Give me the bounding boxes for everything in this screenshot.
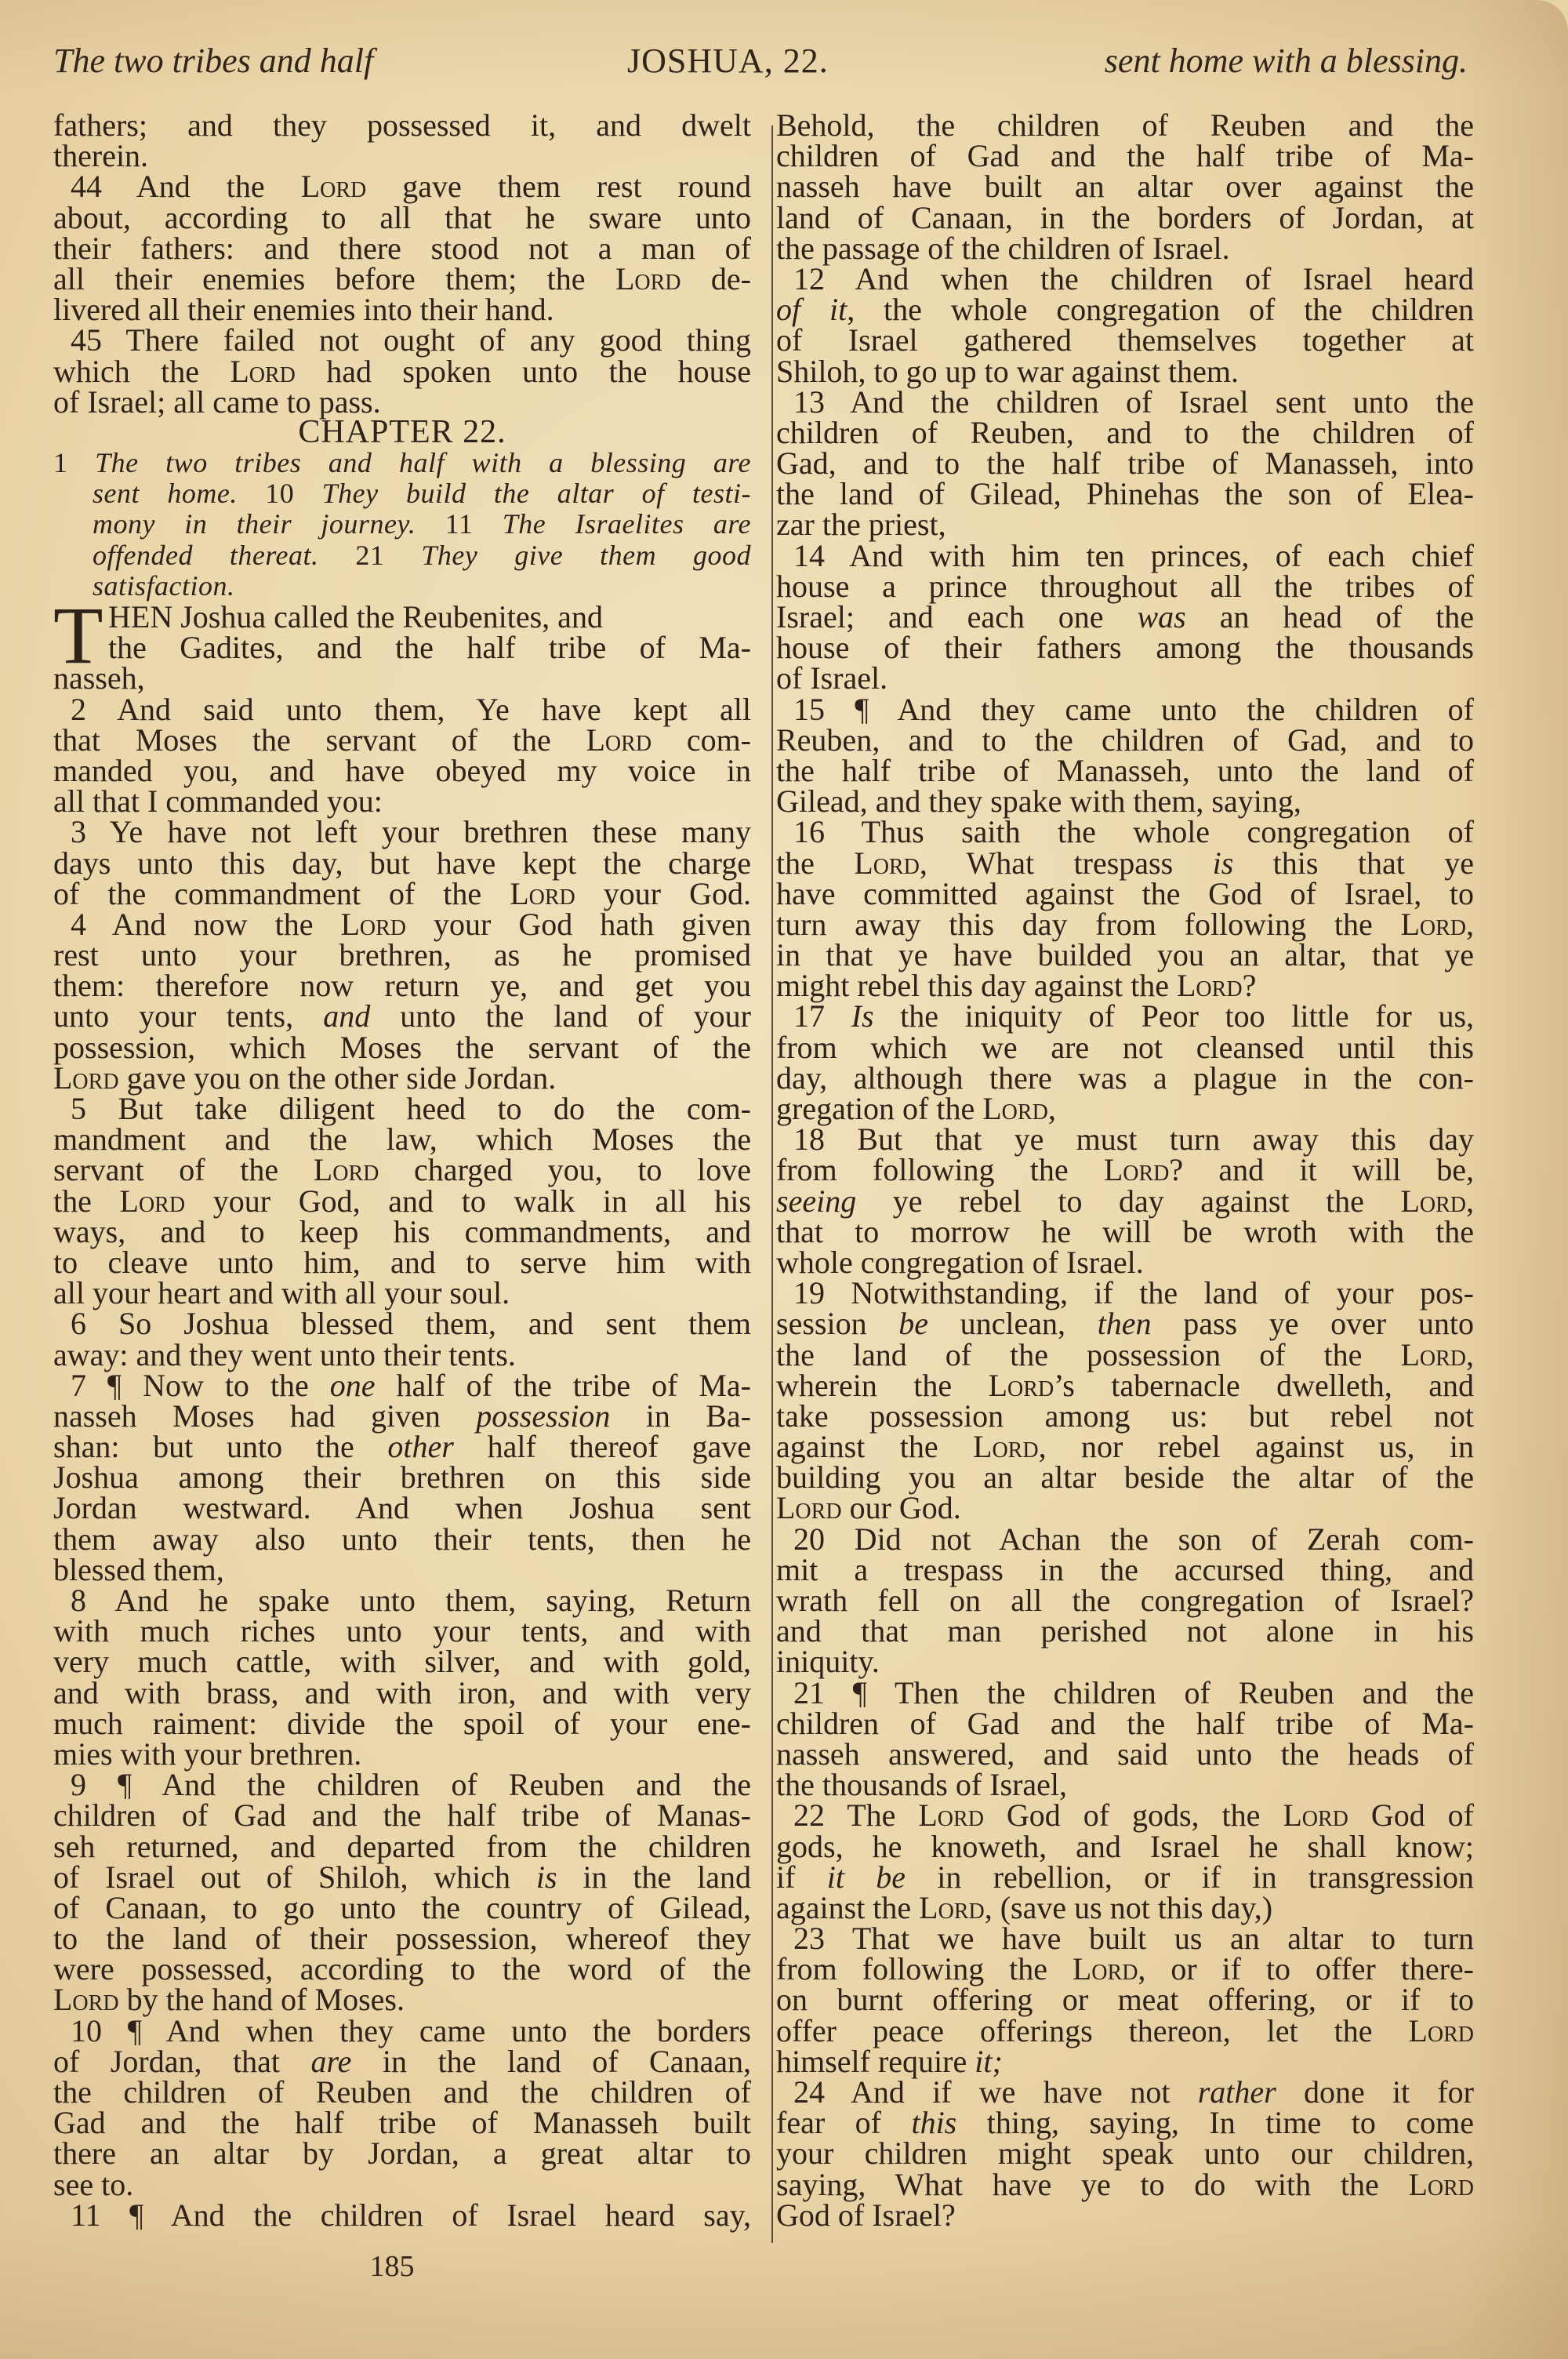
verse-line: seh returned, and departed from the chil… — [53, 1831, 751, 1862]
verse-line: house a prince throughout all the tribes… — [776, 571, 1474, 602]
chapter-summary-line: sent home. 10 They build the altar of te… — [53, 478, 751, 509]
verse-line: of the commandment of the Lord your God. — [53, 878, 751, 909]
verse-line: 8 And he spake unto them, saying, Return — [53, 1585, 751, 1616]
right-column: Behold, the children of Reuben and thech… — [776, 110, 1474, 2230]
verse-line: gregation of the Lord, — [776, 1093, 1474, 1124]
verse-line: day, although there was a plague in the … — [776, 1063, 1474, 1093]
verse-line: session be unclean, then pass ye over un… — [776, 1308, 1474, 1339]
verse-line: which the Lord had spoken unto the house — [53, 356, 751, 387]
running-head-right: sent home with a blessing. — [1105, 38, 1468, 85]
verse-line: the land of Gilead, Phinehas the son of … — [776, 478, 1474, 509]
verse-line: if it be in rebellion, or if in transgre… — [776, 1862, 1474, 1892]
verse-line: servant of the Lord charged you, to love — [53, 1154, 751, 1185]
verse-line: nasseh, — [53, 663, 751, 693]
text-run: sent home. — [93, 478, 265, 509]
verse-line: therein. — [53, 140, 751, 171]
text-run: fathers; and they possessed it, and dwel… — [53, 107, 751, 143]
verse-line: all their enemies before them; the Lord … — [53, 264, 751, 294]
verse-line: 6 So Joshua blessed them, and sent them — [53, 1308, 751, 1339]
verse-line: gods, he knoweth, and Israel he shall kn… — [776, 1831, 1474, 1862]
verse-line: 2 And said unto them, Ye have kept all — [53, 694, 751, 725]
text-run: The two tribes and half with a blessing … — [95, 447, 751, 478]
verse-line: rest unto your brethren, as he promised — [53, 940, 751, 970]
text-run: and that man perished not alone in his — [776, 1613, 1474, 1648]
text-run: God of Israel? — [776, 2197, 956, 2233]
verse-line: in that ye have builded you an altar, th… — [776, 940, 1474, 970]
verse-line: of Israel gathered themselves together a… — [776, 325, 1474, 355]
verse-line: 4 And now the Lord your God hath given — [53, 909, 751, 940]
verse-line: all your heart and with all your soul. — [53, 1278, 751, 1308]
verse-line: nasseh answered, and said unto the heads… — [776, 1739, 1474, 1769]
verse-line: Joshua among their brethren on this side — [53, 1462, 751, 1492]
verse-line: possession, which Moses the servant of t… — [53, 1032, 751, 1063]
verse-line: 19 Notwithstanding, if the land of your … — [776, 1278, 1474, 1308]
verse-line: whole congregation of Israel. — [776, 1247, 1474, 1278]
verse-line: 21 ¶ Then the children of Reuben and the — [776, 1677, 1474, 1708]
verse-ref-number: 21 — [355, 540, 421, 571]
text-run: 11 ¶ And the children of Israel heard sa… — [71, 2197, 751, 2233]
verse-line: shan: but unto the other half thereof ga… — [53, 1431, 751, 1462]
verse-line: 17 Is the iniquity of Peor too little fo… — [776, 1001, 1474, 1031]
verse-line: of it, the whole congregation of the chi… — [776, 294, 1474, 325]
drop-cap: T — [53, 605, 103, 667]
verse-line: seeing ye rebel to day against the Lord, — [776, 1186, 1474, 1216]
verse-line: Reuben, and to the children of Gad, and … — [776, 725, 1474, 755]
verse-line: Shiloh, to go up to war against them. — [776, 356, 1474, 387]
verse-line: that Moses the servant of the Lord com- — [53, 725, 751, 755]
verse-line: Lord by the hand of Moses. — [53, 1984, 751, 2015]
verse-line: THEN Joshua called the Reubenites, and — [53, 602, 751, 632]
verse-line: with much riches unto your tents, and wi… — [53, 1616, 751, 1646]
verse-line: against the Lord, nor rebel against us, … — [776, 1431, 1474, 1462]
left-column: fathers; and they possessed it, and dwel… — [53, 110, 751, 2230]
text-run: satisfaction. — [93, 570, 235, 602]
verse-line: children of Gad and the half tribe of Ma… — [53, 1800, 751, 1830]
text-run: offended thereat. — [93, 540, 355, 571]
verse-line: 14 And with him ten princes, of each chi… — [776, 540, 1474, 571]
verse-ref-number: 10 — [265, 478, 321, 509]
verse-ref-number: 11 — [445, 508, 503, 540]
verse-line: blessed them, — [53, 1554, 751, 1585]
text-run: The Israelites are — [503, 508, 751, 540]
text-run: de- — [681, 261, 752, 296]
divine-name-smallcaps: Lord — [615, 261, 681, 296]
verse-line: away: and they went unto their tents. — [53, 1339, 751, 1370]
verse-line: very much cattle, with silver, and with … — [53, 1646, 751, 1677]
text-run: the Gadites, and the half tribe of Ma- — [108, 630, 751, 665]
verse-line: house of their fathers among the thousan… — [776, 632, 1474, 663]
verse-line: the children of Reuben and the children … — [53, 2077, 751, 2107]
verse-line: take possession among us: but rebel not — [776, 1401, 1474, 1431]
verse-line: of Israel; all came to pass. — [53, 387, 751, 417]
verse-line: to the land of their possession, whereof… — [53, 1923, 751, 1954]
verse-line: 23 That we have built us an altar to tur… — [776, 1923, 1474, 1954]
chapter-summary-line: 1 The two tribes and half with a blessin… — [53, 448, 751, 478]
column-divider-rule — [771, 125, 773, 2243]
verse-line: manded you, and have obeyed my voice in — [53, 755, 751, 786]
verse-line: 18 But that ye must turn away this day — [776, 1124, 1474, 1154]
verse-line: Israel; and each one was an head of the — [776, 602, 1474, 632]
verse-line: 10 ¶ And when they came unto the borders — [53, 2016, 751, 2046]
text-run: They build the altar of testi- — [322, 478, 751, 509]
verse-line: were possessed, according to the word of… — [53, 1954, 751, 1984]
verse-line: 24 And if we have not rather done it for — [776, 2077, 1474, 2107]
verse-line: 20 Did not Achan the son of Zerah com- — [776, 1524, 1474, 1554]
verse-line: there an altar by Jordan, a great altar … — [53, 2138, 751, 2168]
verse-line: have committed against the God of Israel… — [776, 878, 1474, 909]
verse-line: Gad, and to the half tribe of Manasseh, … — [776, 448, 1474, 478]
verse-line: 12 And when the children of Israel heard — [776, 264, 1474, 294]
running-head-book-chapter: JOSHUA, 22. — [627, 38, 829, 85]
verse-line: 44 And the Lord gave them rest round — [53, 171, 751, 202]
page-number: 185 — [329, 2249, 455, 2284]
verse-line: God of Israel? — [776, 2200, 1474, 2230]
text-run: mony in their journey. — [93, 508, 445, 540]
verse-line: see to. — [53, 2169, 751, 2200]
verse-line: 45 There failed not ought of any good th… — [53, 325, 751, 355]
verse-line: livered all their enemies into their han… — [53, 294, 751, 325]
verse-line: and with brass, and with iron, and with … — [53, 1677, 751, 1708]
verse-line: and that man perished not alone in his — [776, 1616, 1474, 1646]
verse-line: iniquity. — [776, 1646, 1474, 1677]
verse-line: 9 ¶ And the children of Reuben and the — [53, 1769, 751, 1800]
verse-line: the half tribe of Manasseh, unto the lan… — [776, 755, 1474, 786]
verse-ref-number: 1 — [53, 447, 95, 478]
verse-line: their fathers: and there stood not a man… — [53, 233, 751, 264]
verse-line: building you an altar beside the altar o… — [776, 1462, 1474, 1492]
verse-line: 11 ¶ And the children of Israel heard sa… — [53, 2200, 751, 2230]
text-run: CHAPTER 22. — [298, 414, 506, 450]
verse-line: nasseh have built an altar over against … — [776, 171, 1474, 202]
verse-line: wherein the Lord’s tabernacle dwelleth, … — [776, 1370, 1474, 1401]
verse-line: Jordan westward. And when Joshua sent — [53, 1492, 751, 1523]
verse-line: them away also unto their tents, then he — [53, 1524, 751, 1554]
running-head-left: The two tribes and half — [53, 38, 373, 85]
verse-line: of Israel. — [776, 663, 1474, 693]
verse-line: from following the Lord? and it will be, — [776, 1154, 1474, 1185]
verse-line: from which we are not cleansed until thi… — [776, 1032, 1474, 1063]
verse-line: fathers; and they possessed it, and dwel… — [53, 110, 751, 140]
verse-line: zar the priest, — [776, 509, 1474, 540]
verse-line: mies with your brethren. — [53, 1739, 751, 1769]
verse-line: much raiment: divide the spoil of your e… — [53, 1708, 751, 1739]
verse-line: nasseh Moses had given possession in Ba- — [53, 1401, 751, 1431]
verse-line: 3 Ye have not left your brethren these m… — [53, 816, 751, 847]
verse-line: the passage of the children of Israel. — [776, 233, 1474, 264]
verse-line: mandment and the law, which Moses the — [53, 1124, 751, 1154]
verse-line: of Jordan, that are in the land of Canaa… — [53, 2046, 751, 2077]
running-head: The two tribes and half JOSHUA, 22. sent… — [0, 38, 1568, 85]
verse-line: of Canaan, to go unto the country of Gil… — [53, 1892, 751, 1923]
verse-line: wrath fell on all the congregation of Is… — [776, 1585, 1474, 1616]
verse-line: 5 But take diligent heed to do the com- — [53, 1093, 751, 1124]
verse-line: days unto this day, but have kept the ch… — [53, 848, 751, 878]
text-run: HEN Joshua called the Reubenites, and — [108, 599, 603, 634]
verse-line: 22 The Lord God of gods, the Lord God of — [776, 1800, 1474, 1830]
verse-line: Lord gave you on the other side Jordan. — [53, 1063, 751, 1093]
verse-line: Gilead, and they spake with them, saying… — [776, 786, 1474, 816]
verse-line: to cleave unto him, and to serve him wit… — [53, 1247, 751, 1278]
verse-line: unto your tents, and unto the land of yo… — [53, 1001, 751, 1031]
text-run: They give them good — [421, 540, 751, 571]
verse-line: from following the Lord, or if to offer … — [776, 1954, 1474, 1984]
chapter-summary-line: satisfaction. — [53, 571, 751, 602]
verse-line: against the Lord, (save us not this day,… — [776, 1892, 1474, 1923]
verse-line: the Gadites, and the half tribe of Ma- — [53, 632, 751, 663]
verse-line: children of Gad and the half tribe of Ma… — [776, 1708, 1474, 1739]
verse-line: on burnt offering or meat offering, or i… — [776, 1984, 1474, 2015]
verse-line: turn away this day from following the Lo… — [776, 909, 1474, 940]
verse-line: your children might speak unto our child… — [776, 2138, 1474, 2168]
verse-line: children of Reuben, and to the children … — [776, 417, 1474, 448]
verse-line: offer peace offerings thereon, let the L… — [776, 2016, 1474, 2046]
verse-line: Lord our God. — [776, 1492, 1474, 1523]
verse-line: 16 Thus saith the whole congregation of — [776, 816, 1474, 847]
verse-line: fear of this thing, saying, In time to c… — [776, 2107, 1474, 2138]
chapter-summary-line: mony in their journey. 11 The Israelites… — [53, 509, 751, 540]
verse-line: Gad and the half tribe of Manasseh built — [53, 2107, 751, 2138]
verse-line: of Israel out of Shiloh, which is in the… — [53, 1862, 751, 1892]
divine-name-smallcaps: Lord — [1408, 2013, 1474, 2048]
bible-page: The two tribes and half JOSHUA, 22. sent… — [0, 0, 1568, 2359]
verse-line: ways, and to keep his commandments, and — [53, 1216, 751, 1247]
verse-line: the land of the possession of the Lord, — [776, 1339, 1474, 1370]
verse-line: them: therefore now return ye, and get y… — [53, 970, 751, 1001]
verse-line: 7 ¶ Now to the one half of the tribe of … — [53, 1370, 751, 1401]
verse-line: all that I commanded you: — [53, 786, 751, 816]
verse-line: saying, What have ye to do with the Lord — [776, 2169, 1474, 2200]
verse-line: about, according to all that he sware un… — [53, 202, 751, 233]
verse-line: 15 ¶ And they came unto the children of — [776, 694, 1474, 725]
verse-line: Behold, the children of Reuben and the — [776, 110, 1474, 140]
divine-name-smallcaps: Lord — [1408, 2167, 1474, 2202]
verse-line: might rebel this day against the Lord? — [776, 970, 1474, 1001]
verse-line: the Lord your God, and to walk in all hi… — [53, 1186, 751, 1216]
chapter-summary-line: offended thereat. 21 They give them good — [53, 540, 751, 571]
verse-line: the thousands of Israel, — [776, 1769, 1474, 1800]
verse-line: that to morrow he will be wroth with the — [776, 1216, 1474, 1247]
verse-line: children of Gad and the half tribe of Ma… — [776, 140, 1474, 171]
chapter-title: CHAPTER 22. — [53, 417, 751, 448]
verse-line: 13 And the children of Israel sent unto … — [776, 387, 1474, 417]
text-run: there an altar by Jordan, a great altar … — [53, 2135, 751, 2171]
verse-line: the Lord, What trespass is this that ye — [776, 848, 1474, 878]
verse-line: mit a trespass in the accursed thing, an… — [776, 1554, 1474, 1585]
verse-line: himself require it; — [776, 2046, 1474, 2077]
verse-line: land of Canaan, in the borders of Jordan… — [776, 202, 1474, 233]
